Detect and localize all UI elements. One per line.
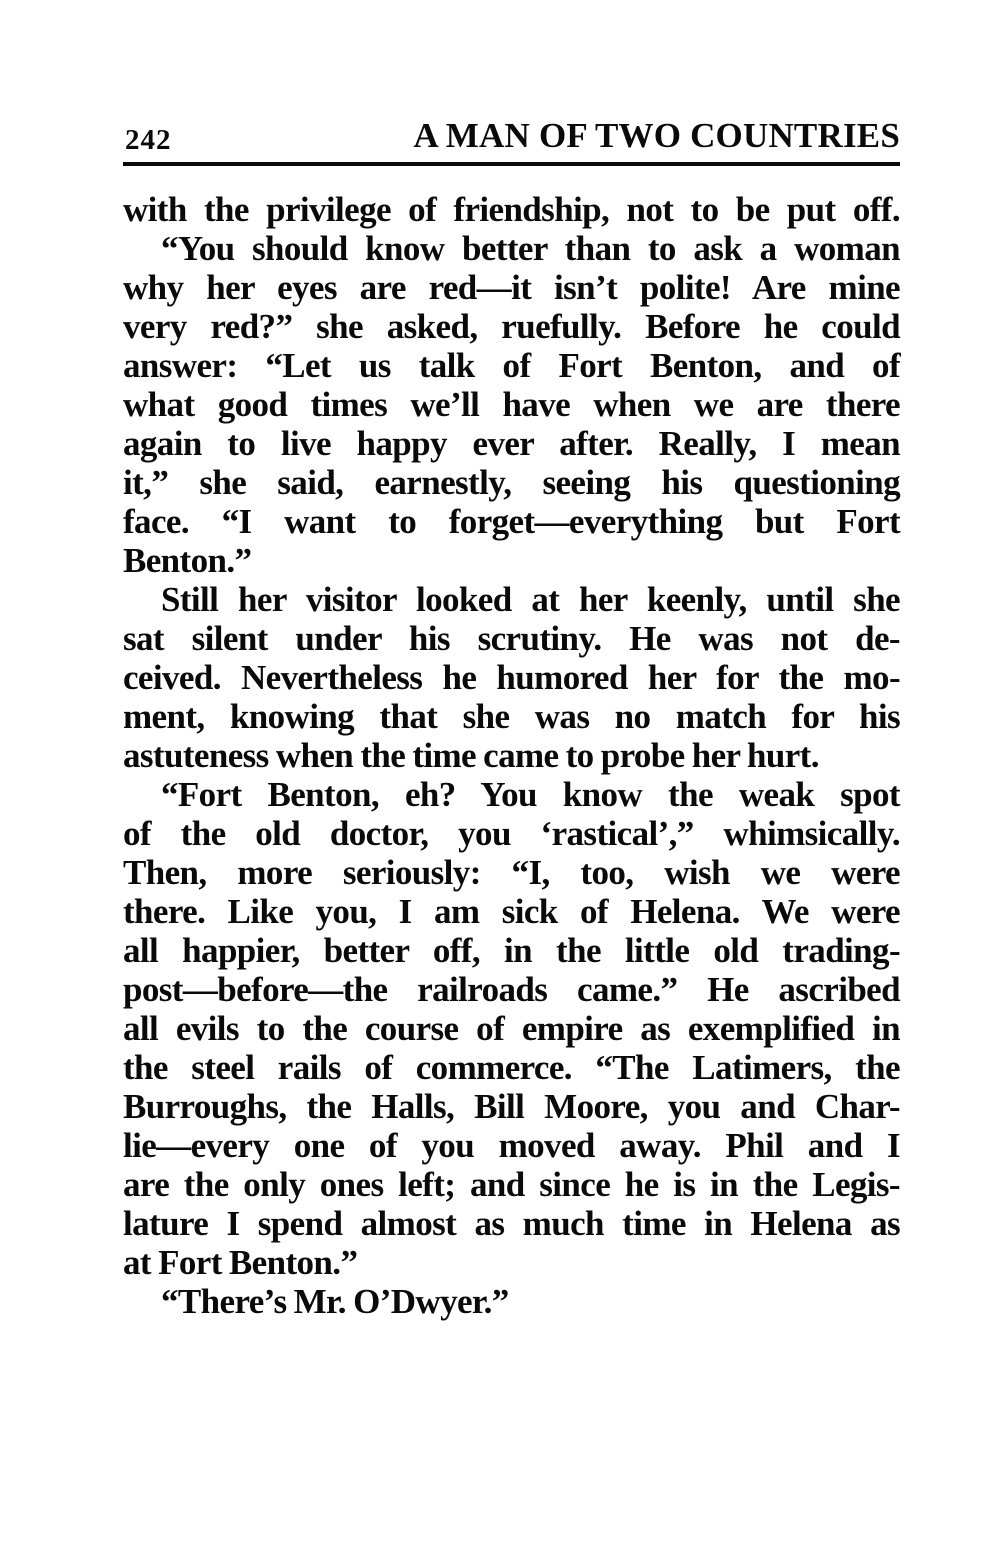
text-line: at Fort Benton.” [123, 1243, 900, 1282]
text-line: ceived. Nevertheless he humored her for … [123, 658, 900, 697]
text-line: the steel rails of commerce. “The Latime… [123, 1048, 900, 1087]
text-line: it,” she said, earnestly, seeing his que… [123, 463, 900, 502]
text-line: sat silent under his scrutiny. He was no… [123, 619, 900, 658]
header-rule [123, 162, 900, 166]
text-line: what good times we’ll have when we are t… [123, 385, 900, 424]
text-line: of the old doctor, you ‘rastical’,” whim… [123, 814, 900, 853]
text-line: all evils to the course of empire as exe… [123, 1009, 900, 1048]
text-line: all happier, better off, in the little o… [123, 931, 900, 970]
text-line: face. “I want to forget—everything but F… [123, 502, 900, 541]
running-title: A MAN OF TWO COUNTRIES [413, 116, 900, 156]
text-line: lature I spend almost as much time in He… [123, 1204, 900, 1243]
text-line: ment, knowing that she was no match for … [123, 697, 900, 736]
text-line: “There’s Mr. O’Dwyer.” [123, 1282, 900, 1321]
text-line: why her eyes are red—it isn’t polite! Ar… [123, 268, 900, 307]
text-line: post—before—the railroads came.” He ascr… [123, 970, 900, 1009]
text-line: Then, more seriously: “I, too, wish we w… [123, 853, 900, 892]
running-head: 242 A MAN OF TWO COUNTRIES [123, 116, 900, 160]
text-line: “You should know better than to ask a wo… [123, 229, 900, 268]
text-line: “Fort Benton, eh? You know the weak spot [123, 775, 900, 814]
text-line: are the only ones left; and since he is … [123, 1165, 900, 1204]
text-line: lie—every one of you moved away. Phil an… [123, 1126, 900, 1165]
text-line: Burroughs, the Halls, Bill Moore, you an… [123, 1087, 900, 1126]
text-line: with the privilege of friendship, not to… [123, 190, 900, 229]
page-number: 242 [125, 124, 172, 157]
text-line: very red?” she asked, ruefully. Before h… [123, 307, 900, 346]
text-line: Still her visitor looked at her keenly, … [123, 580, 900, 619]
text-line: astuteness when the time came to probe h… [123, 736, 900, 775]
body-text: with the privilege of friendship, not to… [123, 190, 900, 1321]
text-line: there. Like you, I am sick of Helena. We… [123, 892, 900, 931]
text-line: again to live happy ever after. Really, … [123, 424, 900, 463]
text-line: answer: “Let us talk of Fort Benton, and… [123, 346, 900, 385]
text-line: Benton.” [123, 541, 900, 580]
